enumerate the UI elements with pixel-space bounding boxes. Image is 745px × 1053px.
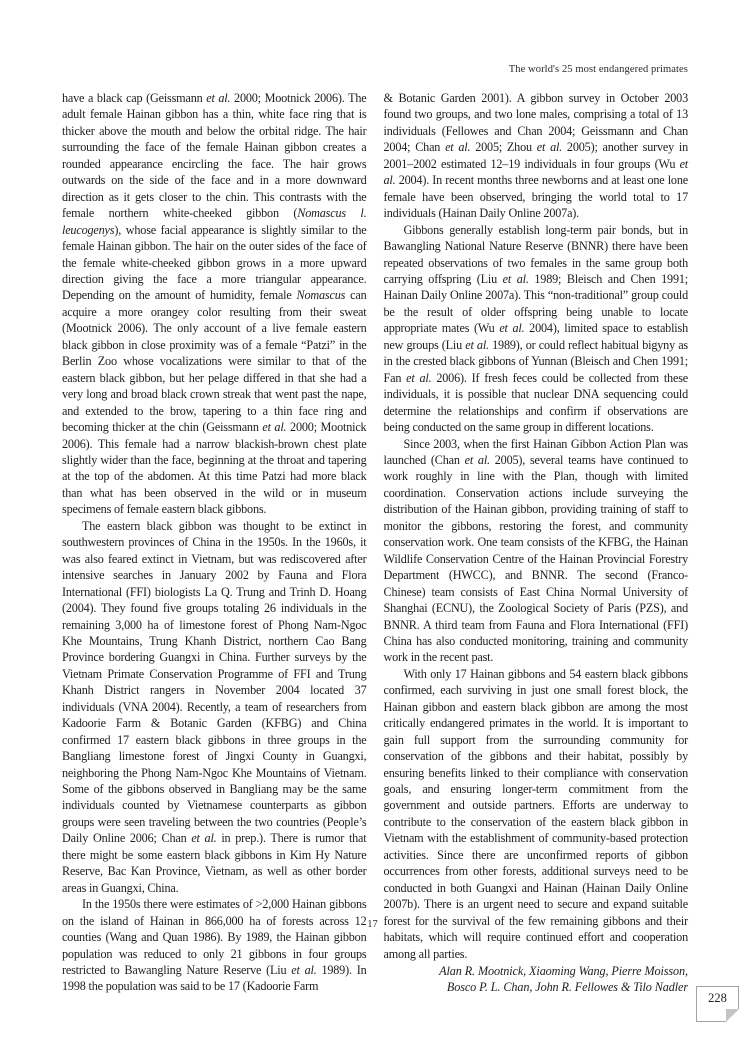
right-column: & Botanic Garden 2001). A gibbon survey …: [384, 90, 689, 996]
right-column-paragraphs: & Botanic Garden 2001). A gibbon survey …: [384, 90, 689, 962]
corner-tab-label: 228: [708, 991, 727, 1005]
paragraph: Since 2003, when the first Hainan Gibbon…: [384, 436, 689, 666]
byline: Alan R. Mootnick, Xiaoming Wang, Pierre …: [384, 963, 689, 996]
paragraph: & Botanic Garden 2001). A gibbon survey …: [384, 90, 689, 222]
running-head: The world's 25 most endangered primates: [509, 64, 688, 75]
paragraph: The eastern black gibbon was thought to …: [62, 518, 367, 896]
paragraph: With only 17 Hainan gibbons and 54 easte…: [384, 666, 689, 962]
left-column: have a black cap (Geissmann et al. 2000;…: [62, 90, 367, 996]
document-page: The world's 25 most endangered primates …: [0, 0, 745, 1053]
paragraph: Gibbons generally establish long-term pa…: [384, 222, 689, 436]
page-number: 17: [0, 919, 745, 930]
folded-corner-icon: [726, 1009, 739, 1022]
corner-page-tab[interactable]: 228: [696, 986, 739, 1022]
paragraph: have a black cap (Geissmann et al. 2000;…: [62, 90, 367, 518]
paragraph: In the 1950s there were estimates of >2,…: [62, 896, 367, 995]
article-body: have a black cap (Geissmann et al. 2000;…: [62, 90, 688, 996]
